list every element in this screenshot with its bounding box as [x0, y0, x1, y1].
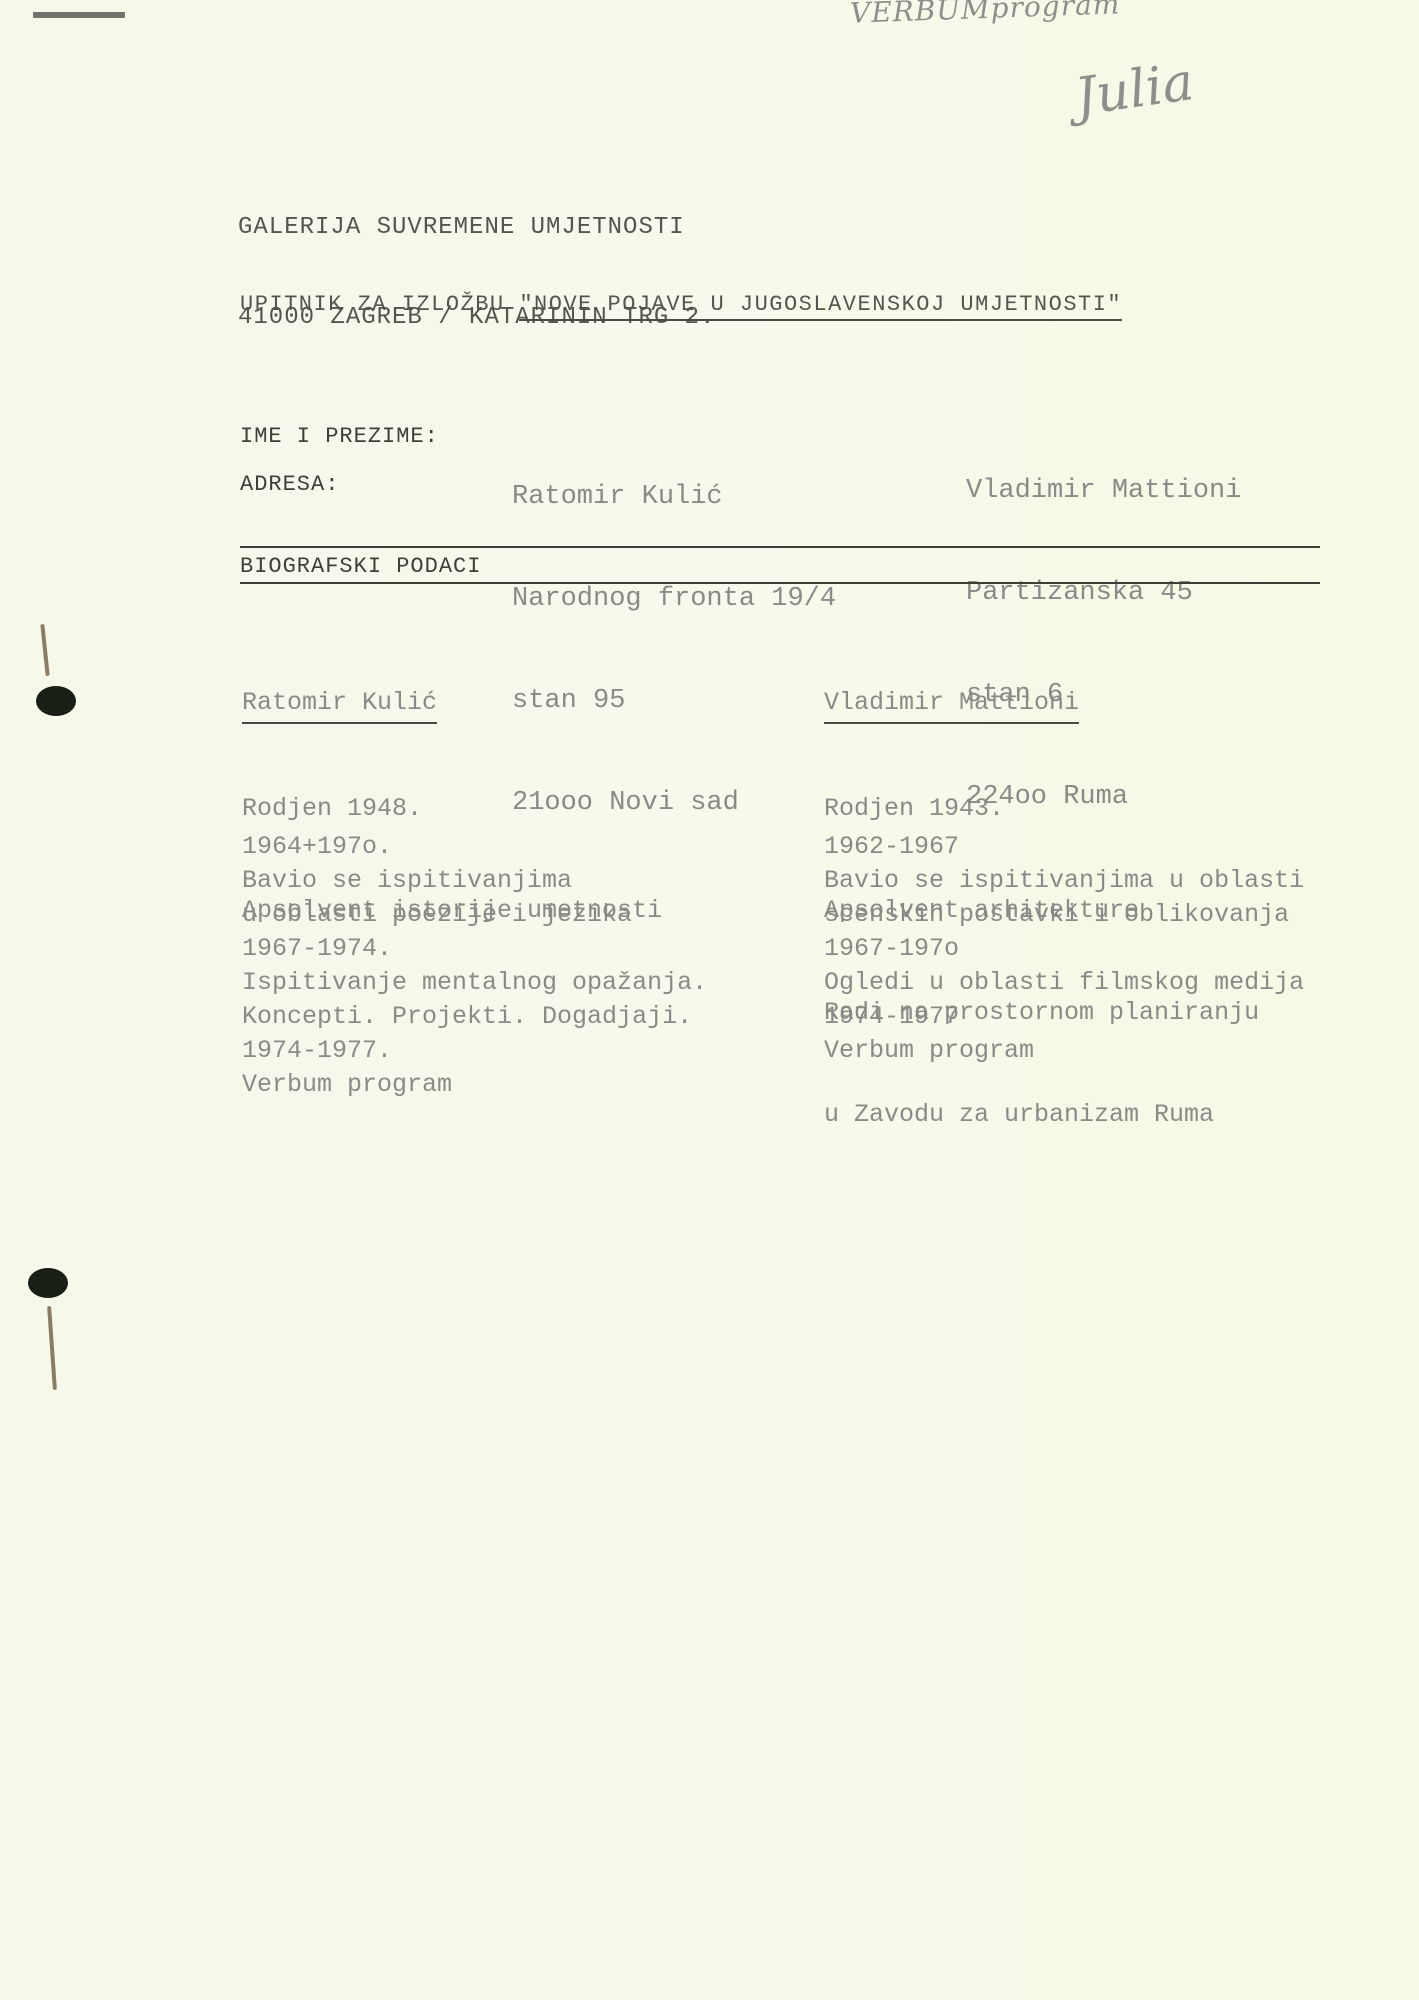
work-line: 1967-197o — [824, 932, 1304, 966]
work-line: Bavio se ispitivanjima — [242, 864, 707, 898]
work-line: 1964+197o. — [242, 830, 707, 864]
person-2-work-history: 1962-1967Bavio se ispitivanjima u oblast… — [824, 830, 1304, 1068]
punch-hole — [36, 686, 76, 716]
punch-hole — [28, 1268, 68, 1298]
work-line: Ogledi u oblasti filmskog medija — [824, 966, 1304, 1000]
edge-mark — [33, 12, 125, 18]
work-line: Verbum program — [242, 1068, 707, 1102]
work-line: 1974-1977 — [824, 1000, 1304, 1034]
work-line: scenskih postavki i oblikovanja — [824, 898, 1304, 932]
work-line: 1967-1974. — [242, 932, 707, 966]
work-line: 1974-1977. — [242, 1034, 707, 1068]
institution-name: GALERIJA SUVREMENE UMJETNOSTI — [238, 213, 715, 243]
bio-line: Rodjen 1943. — [824, 792, 1259, 826]
address-line: Narodnog fronta 19/4 — [512, 582, 836, 616]
divider — [240, 546, 1320, 548]
biography-heading: BIOGRAFSKI PODACI — [240, 554, 481, 579]
bio-line: u Zavodu za urbanizam Ruma — [824, 1098, 1259, 1132]
document-title: UPITNIK ZA IZLOŽBU "NOVE POJAVE U JUGOSL… — [240, 292, 1122, 317]
address-label: ADRESA: — [240, 472, 339, 497]
name-label: IME I PREZIME: — [240, 424, 439, 449]
letterhead: GALERIJA SUVREMENE UMJETNOSTI 41000 ZAGR… — [238, 153, 715, 363]
work-line: Verbum program — [824, 1034, 1304, 1068]
bio-name: Vladimir Mattioni — [824, 686, 1079, 724]
divider — [240, 582, 1320, 584]
work-line: Bavio se ispitivanjima u oblasti — [824, 864, 1304, 898]
person-1-work-history: 1964+197o.Bavio se ispitivanjimau oblast… — [242, 830, 707, 1102]
title-prefix: UPITNIK ZA IZLOŽBU — [240, 292, 519, 317]
work-line: 1962-1967 — [824, 830, 1304, 864]
staple-mark — [47, 1306, 57, 1390]
work-line: Ispitivanje mentalnog opažanja. — [242, 966, 707, 1000]
handwritten-note: VERBUMprogram — [850, 0, 1121, 30]
staple-mark — [40, 624, 49, 676]
person-2-name: Vladimir Mattioni — [966, 474, 1241, 508]
person-1-name: Ratomir Kulić — [512, 480, 836, 514]
work-line: u oblasti poezije i jezika — [242, 898, 707, 932]
bio-name: Ratomir Kulić — [242, 686, 437, 724]
exhibition-title: "NOVE POJAVE U JUGOSLAVENSKOJ UMJETNOSTI… — [519, 292, 1122, 321]
work-line: Koncepti. Projekti. Dogadjaji. — [242, 1000, 707, 1034]
handwritten-signature: Julia — [1071, 52, 1197, 128]
bio-line: Rodjen 1948. — [242, 792, 662, 826]
